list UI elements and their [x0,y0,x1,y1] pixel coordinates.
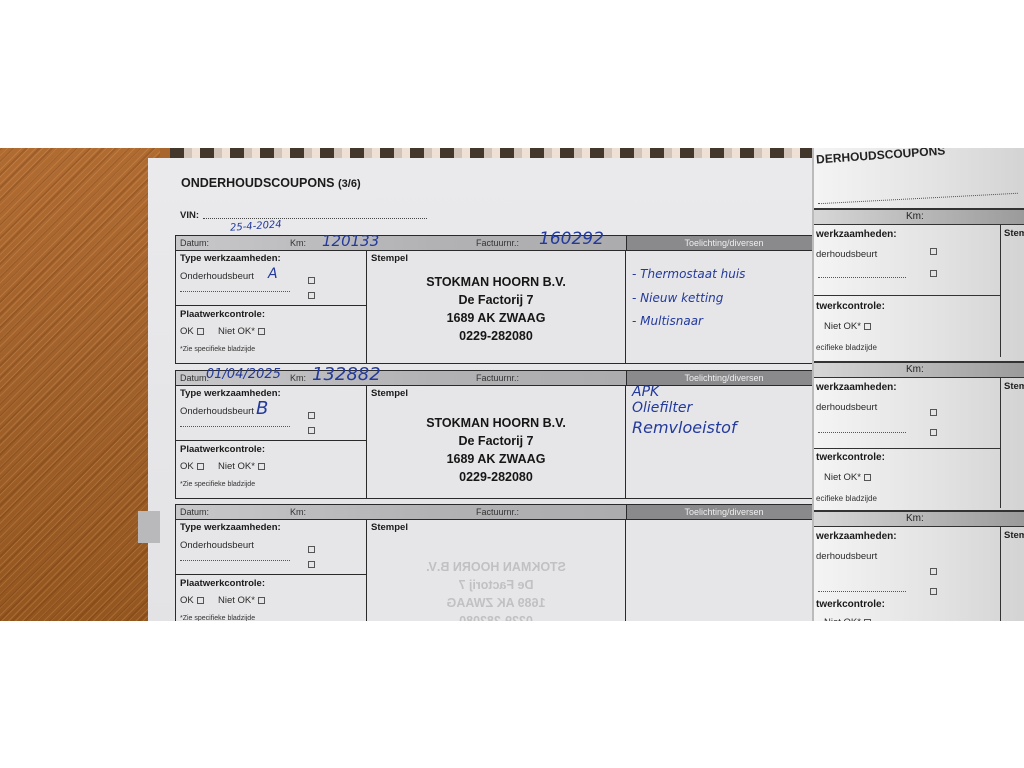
facing-work-section: werkzaamheden: derhoudsbeurt twerkcontro… [814,527,1001,621]
stamp-line: 0229-282080 [367,327,625,345]
km-value: 132882 [312,364,381,385]
facing-work-section: werkzaamheden: derhoudsbeurt twerkcontro… [814,378,1001,508]
work-section: Type werkzaamheden: Onderhoudsbeurt A Pl… [176,251,367,363]
coupon-header: Datum: 01/04/2025 Km: 132882 Factuurnr.:… [176,371,821,386]
coupon-header: Datum: Km: Factuurnr.: Toelichting/diver… [176,505,821,520]
notes-section: - Thermostaat huis - Nieuw ketting - Mul… [626,251,821,363]
date-label: Datum: [180,507,209,517]
stamp-heading: Stem [1004,228,1024,239]
stamp-heading: Stempel [371,253,408,264]
stamp-line: De Factorij 7 [367,432,625,450]
work-type-heading: Type werkzaamheden: [180,522,281,533]
service-label: derhoudsbeurt [816,402,877,413]
other-work-field[interactable] [180,291,290,292]
stamp-line: 1689 AK ZWAAG [367,594,625,612]
ok-option[interactable]: OK [180,461,204,472]
facing-coupon-header: Km: [814,363,1024,378]
coupon-page: ONDERHOUDSCOUPONS (3/6) VIN: 25-4-2024 D… [148,158,813,621]
body-check-heading: Plaatwerkcontrole: [180,578,265,589]
vin-label: VIN: [180,210,199,221]
stamp-line: De Factorij 7 [367,291,625,309]
handwritten-date-1: 25-4-2024 [230,219,282,234]
coupon-header: Datum: Km: 120133 Factuurnr.: 160292 Toe… [176,236,821,251]
stamp-line: 0229-282080 [367,468,625,486]
other-work-checkbox[interactable] [305,556,315,574]
stamp-heading: Stempel [371,388,408,399]
ok-label: OK [180,461,194,472]
km-label: Km: [906,364,924,375]
body-check-heading: twerkcontrole: [816,599,885,610]
notes-section [626,520,821,621]
body-check-heading: Plaatwerkcontrole: [180,444,265,455]
other-work-checkbox[interactable] [305,287,315,305]
footnote: ecifieke bladzijde [816,343,877,352]
invoice-value: 160292 [539,229,604,249]
work-type-box: Type werkzaamheden: Onderhoudsbeurt A [176,251,366,306]
date-label: Datum: [180,373,209,383]
page-tab-marker [138,511,160,543]
coupon-1: Datum: Km: 120133 Factuurnr.: 160292 Toe… [175,235,822,364]
note-line: - Thermostaat huis [632,267,745,281]
not-ok-label: Niet OK* [824,321,861,332]
service-label: Onderhoudsbeurt [180,406,254,417]
km-label: Km: [290,507,306,517]
not-ok-option[interactable]: Niet OK* [218,595,265,606]
stamp-heading: Stempel [371,522,408,533]
dealer-stamp: STOKMAN HOORN B.V. De Factorij 7 1689 AK… [367,273,625,345]
not-ok-label: Niet OK* [218,326,255,337]
not-ok-option[interactable]: Niet OK* [218,461,265,472]
title-text: ONDERHOUDSCOUPONS [181,176,335,190]
footnote: *Zie specifieke bladzijde [180,346,255,353]
ok-checkbox[interactable] [197,328,204,335]
note-line: - Nieuw ketting [632,291,723,305]
stamp-line: 1689 AK ZWAAG [367,450,625,468]
service-type-value: A [268,266,278,282]
date-value: 01/04/2025 [206,367,281,382]
coupon-2: Datum: 01/04/2025 Km: 132882 Factuurnr.:… [175,370,822,499]
coupon-3: Datum: Km: Factuurnr.: Toelichting/diver… [175,504,822,621]
not-ok-label: Niet OK* [218,595,255,606]
ok-checkbox[interactable] [197,463,204,470]
footnote: ecifieke bladzijde [816,494,877,503]
body-check-heading: Plaatwerkcontrole: [180,309,265,320]
notes-header: Toelichting/diversen [626,371,821,385]
spiral-binding [170,148,820,158]
not-ok-label: Niet OK* [824,617,861,621]
not-ok-label: Niet OK* [218,461,255,472]
body-check-heading: twerkcontrole: [816,301,885,312]
work-type-heading: werkzaamheden: [816,531,897,542]
work-type-heading: werkzaamheden: [816,382,897,393]
km-value: 120133 [322,232,379,250]
stamp-section: Stempel STOKMAN HOORN B.V. De Factorij 7… [367,251,626,363]
other-work-field[interactable] [180,560,290,561]
invoice-label: Factuurnr.: [476,507,519,517]
facing-vin-field [818,193,1018,204]
km-label: Km: [906,513,924,524]
ok-option[interactable]: OK [180,595,204,606]
stamp-heading: Stem [1004,530,1024,541]
not-ok-option[interactable]: Niet OK* [218,326,265,337]
km-label: Km: [906,211,924,222]
other-work-field[interactable] [180,426,290,427]
service-type-value: B [256,398,268,419]
facing-work-section: werkzaamheden: derhoudsbeurt twerkcontro… [814,225,1001,357]
page-indicator: (3/6) [338,178,361,190]
work-type-box: Type werkzaamheden: Onderhoudsbeurt [176,520,366,575]
note-line: Remvloeistof [632,418,737,437]
service-label: Onderhoudsbeurt [180,540,254,551]
wooden-table [0,148,160,621]
other-work-checkbox[interactable] [305,422,315,440]
work-type-heading: Type werkzaamheden: [180,253,281,264]
date-label: Datum: [180,238,209,248]
stamp-line: 0229-282080 [367,612,625,621]
stamp-line: De Factorij 7 [367,576,625,594]
service-label: derhoudsbeurt [816,551,877,562]
service-label: derhoudsbeurt [816,249,877,260]
stamp-heading: Stem [1004,381,1024,392]
footnote: *Zie specifieke bladzijde [180,481,255,488]
not-ok-checkbox[interactable] [258,597,265,604]
stamp-line: 1689 AK ZWAAG [367,309,625,327]
facing-coupon-3: Km: werkzaamheden: derhoudsbeurt twerkco… [814,510,1024,512]
body-check-heading: twerkcontrole: [816,452,885,463]
page-title: ONDERHOUDSCOUPONS (3/6) [181,176,361,190]
stamp-line: STOKMAN HOORN B.V. [367,414,625,432]
ok-checkbox[interactable] [197,597,204,604]
work-type-box: Type werkzaamheden: Onderhoudsbeurt B [176,386,366,441]
vin-field[interactable] [203,218,427,219]
notes-section: APK Oliefilter Remvloeistof [626,386,821,498]
km-label: Km: [290,373,306,383]
facing-coupon-header: Km: [814,210,1024,225]
not-ok-label: Niet OK* [824,472,861,483]
note-line: Oliefilter [632,400,692,416]
invoice-label: Factuurnr.: [476,238,519,248]
facing-page-title: DERHOUDSCOUPONS [816,148,946,166]
show-through-stamp: STOKMAN HOORN B.V. De Factorij 7 1689 AK… [367,558,625,621]
ok-label: OK [180,326,194,337]
work-section: Type werkzaamheden: Onderhoudsbeurt B Pl… [176,386,367,498]
notes-header: Toelichting/diversen [626,505,821,519]
document-photo: ONDERHOUDSCOUPONS (3/6) VIN: 25-4-2024 D… [0,148,1024,621]
facing-page: DERHOUDSCOUPONS Km: werkzaamheden: derho… [812,148,1024,621]
stamp-line: STOKMAN HOORN B.V. [367,273,625,291]
km-label: Km: [290,238,306,248]
note-line: - Multisnaar [632,314,703,328]
service-label: Onderhoudsbeurt [180,271,254,282]
notes-header: Toelichting/diversen [626,236,821,250]
ok-option[interactable]: OK [180,326,204,337]
facing-coupon-header: Km: [814,512,1024,527]
stamp-section: Stempel STOKMAN HOORN B.V. De Factorij 7… [367,520,626,621]
stamp-section: Stempel STOKMAN HOORN B.V. De Factorij 7… [367,386,626,498]
footnote: *Zie specifieke bladzijde [180,615,255,621]
note-line: APK [632,384,659,400]
invoice-label: Factuurnr.: [476,373,519,383]
dealer-stamp: STOKMAN HOORN B.V. De Factorij 7 1689 AK… [367,414,625,486]
work-type-heading: werkzaamheden: [816,229,897,240]
facing-coupon-2: Km: werkzaamheden: derhoudsbeurt twerkco… [814,361,1024,363]
facing-coupon-1: Km: werkzaamheden: derhoudsbeurt twerkco… [814,208,1024,210]
not-ok-checkbox[interactable] [258,328,265,335]
stamp-line: STOKMAN HOORN B.V. [367,558,625,576]
work-section: Type werkzaamheden: Onderhoudsbeurt Plaa… [176,520,367,621]
ok-label: OK [180,595,194,606]
not-ok-checkbox[interactable] [258,463,265,470]
